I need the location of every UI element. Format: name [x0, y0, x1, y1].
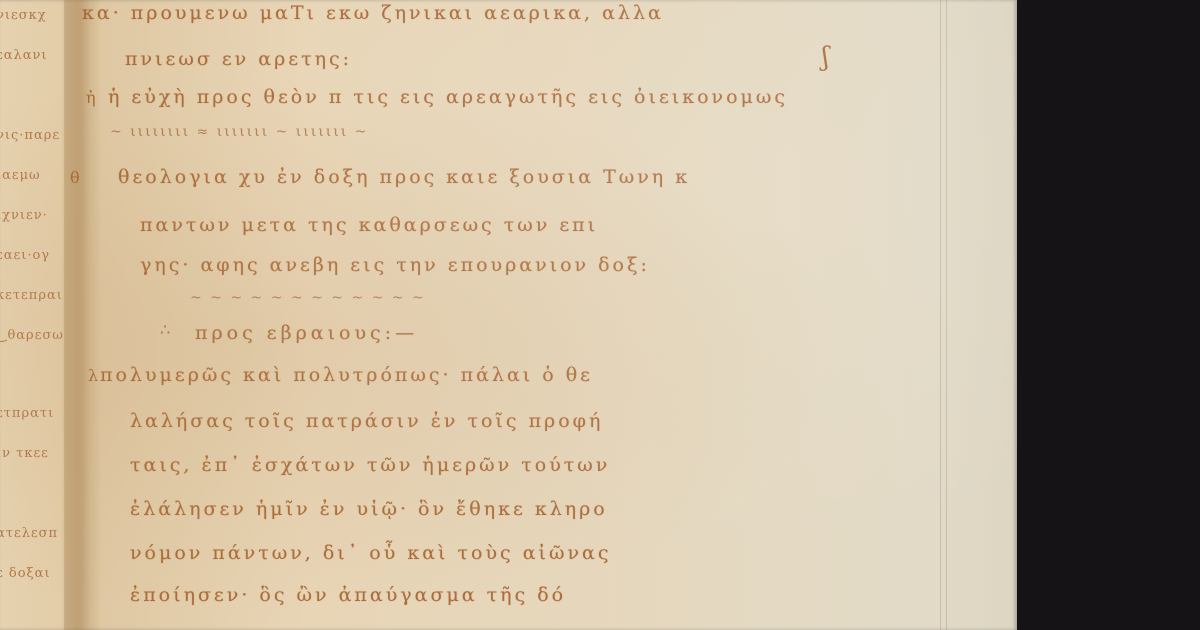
- text-line: πολυμερῶς καὶ πολυτρόπως· πάλαι ὁ θε: [100, 364, 593, 386]
- text-line: νόμον πάντων, δι᾽ οὗ καὶ τοὺς αἰῶνας: [130, 542, 612, 564]
- marginal-marker: θ: [70, 168, 80, 187]
- facing-line: ιν τκεε: [0, 446, 49, 461]
- facing-line: νιεσκχ: [0, 8, 47, 23]
- facing-line: εαλανι: [0, 48, 48, 63]
- parchment-page: νιεσκχ εαλανι νις·παρε ιαεμω ιχνιεν· εαε…: [0, 0, 1017, 630]
- text-line: παντων μετα της καθαρσεως των επι: [140, 214, 598, 236]
- ruling-line: [940, 0, 941, 630]
- ruling-line: [946, 0, 947, 630]
- neume-line: ~ ιιιιιιιι ≈ ιιιιιιι ~ ιιιιιιι ~: [110, 124, 368, 140]
- marginal-marker: λ: [88, 366, 98, 385]
- text-line: κα· προυμενω μαΤι εκω ζηνικαι αεαρικα, α…: [82, 2, 664, 24]
- facing-line: ατελεσπ: [0, 526, 58, 541]
- facing-line: ‿θαρεσω: [0, 328, 64, 343]
- text-line: πνιεωσ εν αρετης:: [125, 48, 352, 70]
- facing-line: κετεπραι: [0, 288, 63, 303]
- book-heading: προς εβραιους:—: [195, 322, 418, 344]
- marginal-marker: ∴: [160, 320, 170, 339]
- text-line: θεολογια χυ ἐν δοξη προς καιε ξουσια Των…: [118, 166, 690, 188]
- facing-line: ιαεμω: [0, 168, 41, 183]
- facing-page-column: νιεσκχ εαλανι νις·παρε ιαεμω ιχνιεν· εαε…: [0, 0, 72, 630]
- dark-background: [1017, 0, 1200, 630]
- facing-line: ετπρατι: [0, 406, 54, 421]
- neume-line: ~ ~ ~ ~ ~ ~ ~ ~ ~ ~ ~ ~: [190, 290, 426, 306]
- text-line: ἐποίησεν· ὃς ὢν ἀπαύγασμα τῆς δό: [130, 584, 566, 606]
- facing-line: ιχνιεν·: [0, 208, 48, 223]
- text-line: γης· αφης ανεβη εις την επουρανιον δοξ:: [140, 254, 650, 276]
- marginal-flourish: ʃ: [822, 42, 829, 72]
- marginal-marker: ἡ: [86, 88, 96, 107]
- text-line: λαλήσας τοῖς πατράσιν ἐν τοῖς προφή: [130, 410, 603, 432]
- text-line: ἡ εὐχὴ προς θεὸν π τις εις αρεαγωτῆς εις…: [108, 86, 788, 108]
- text-line: ἐλάλησεν ἡμῖν ἐν υἱῷ· ὃν ἔθηκε κληρο: [130, 498, 608, 520]
- manuscript-photo: νιεσκχ εαλανι νις·παρε ιαεμω ιχνιεν· εαε…: [0, 0, 1200, 630]
- facing-line: νις·παρε: [0, 128, 60, 143]
- facing-line: εαει·ογ: [0, 248, 50, 263]
- text-line: ταις, ἐπ᾽ ἐσχάτων τῶν ἡμερῶν τούτων: [130, 454, 610, 476]
- facing-line: ε δοξαι: [0, 566, 51, 581]
